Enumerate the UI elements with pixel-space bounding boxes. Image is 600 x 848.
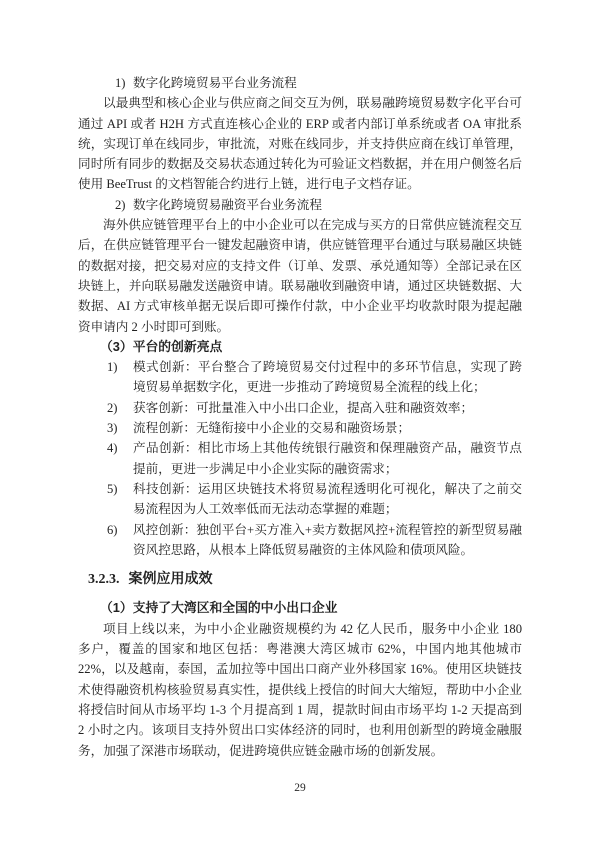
section-title: 案例应用成效: [129, 570, 213, 586]
list-item-text: 风控创新：独创平台+买方准入+卖方数据风控+流程管控的新型贸易融资风控思路，从根…: [133, 523, 522, 557]
list-number: 2): [107, 398, 118, 418]
bold-subheading: （3）平台的创新亮点: [78, 337, 522, 357]
list-number: 5): [107, 479, 118, 499]
numbered-list-item: 4) 产品创新：相比市场上其他传统银行融资和保理融资产品，融资节点提前，更进一步…: [78, 438, 522, 479]
list-number: 3): [107, 418, 118, 438]
numbered-list-item: 5) 科技创新：运用区块链技术将贸易流程透明化可视化，解决了之前交易流程因为人工…: [78, 479, 522, 520]
numbered-list-item: 2) 获客创新：可批量准入中小出口企业，提高入驻和融资效率；: [78, 398, 522, 418]
list-number: 1): [115, 73, 126, 93]
list-item-text: 流程创新：无缝衔接中小企业的交易和融资场景；: [133, 421, 410, 435]
body-paragraph: 项目上线以来，为中小企业融资规模约为 42 亿人民币，服务中小企业 180 多户…: [78, 619, 522, 761]
numbered-list-item: 3) 流程创新：无缝衔接中小企业的交易和融资场景；: [78, 418, 522, 438]
section-heading: 3.2.3.案例应用成效: [88, 568, 522, 590]
list-number: 2): [115, 195, 126, 215]
list-item-text: 产品创新：相比市场上其他传统银行融资和保理融资产品，融资节点提前，更进一步满足中…: [133, 441, 522, 475]
subtitle-text: 数字化跨境贸易平台业务流程: [133, 76, 297, 90]
numbered-list-item: 1) 模式创新：平台整合了跨境贸易交付过程中的多环节信息，实现了跨境贸易单据数字…: [78, 357, 522, 398]
list-number: 6): [107, 520, 118, 540]
body-paragraph: 海外供应链管理平台上的中小企业可以在完成与买方的日常供应链流程交互后，在供应链管…: [78, 215, 522, 337]
list-number: 4): [107, 438, 118, 458]
list-item-text: 模式创新：平台整合了跨境贸易交付过程中的多环节信息，实现了跨境贸易单据数字化，更…: [133, 360, 522, 394]
page-number: 29: [0, 782, 600, 794]
list-item-text: 科技创新：运用区块链技术将贸易流程透明化可视化，解决了之前交易流程因为人工效率低…: [133, 482, 522, 516]
subtitle-text: 数字化跨境贸易融资平台业务流程: [133, 198, 322, 212]
bold-subheading: （1）支持了大湾区和全国的中小出口企业: [78, 598, 522, 618]
document-page: 1) 数字化跨境贸易平台业务流程 以最典型和核心企业与供应商之间交互为例，联易融…: [0, 0, 600, 848]
section-number: 3.2.3.: [88, 572, 120, 587]
body-paragraph: 以最典型和核心企业与供应商之间交互为例，联易融跨境贸易数字化平台可通过 API …: [78, 93, 522, 194]
list-number: 1): [107, 357, 118, 377]
page-body: 1) 数字化跨境贸易平台业务流程 以最典型和核心企业与供应商之间交互为例，联易融…: [78, 73, 522, 761]
list-item-text: 获客创新：可批量准入中小出口企业，提高入驻和融资效率；: [133, 401, 473, 415]
numbered-list-item: 6) 风控创新：独创平台+买方准入+卖方数据风控+流程管控的新型贸易融资风控思路…: [78, 520, 522, 561]
numbered-subtitle: 1) 数字化跨境贸易平台业务流程: [78, 73, 522, 93]
numbered-subtitle: 2) 数字化跨境贸易融资平台业务流程: [78, 195, 522, 215]
